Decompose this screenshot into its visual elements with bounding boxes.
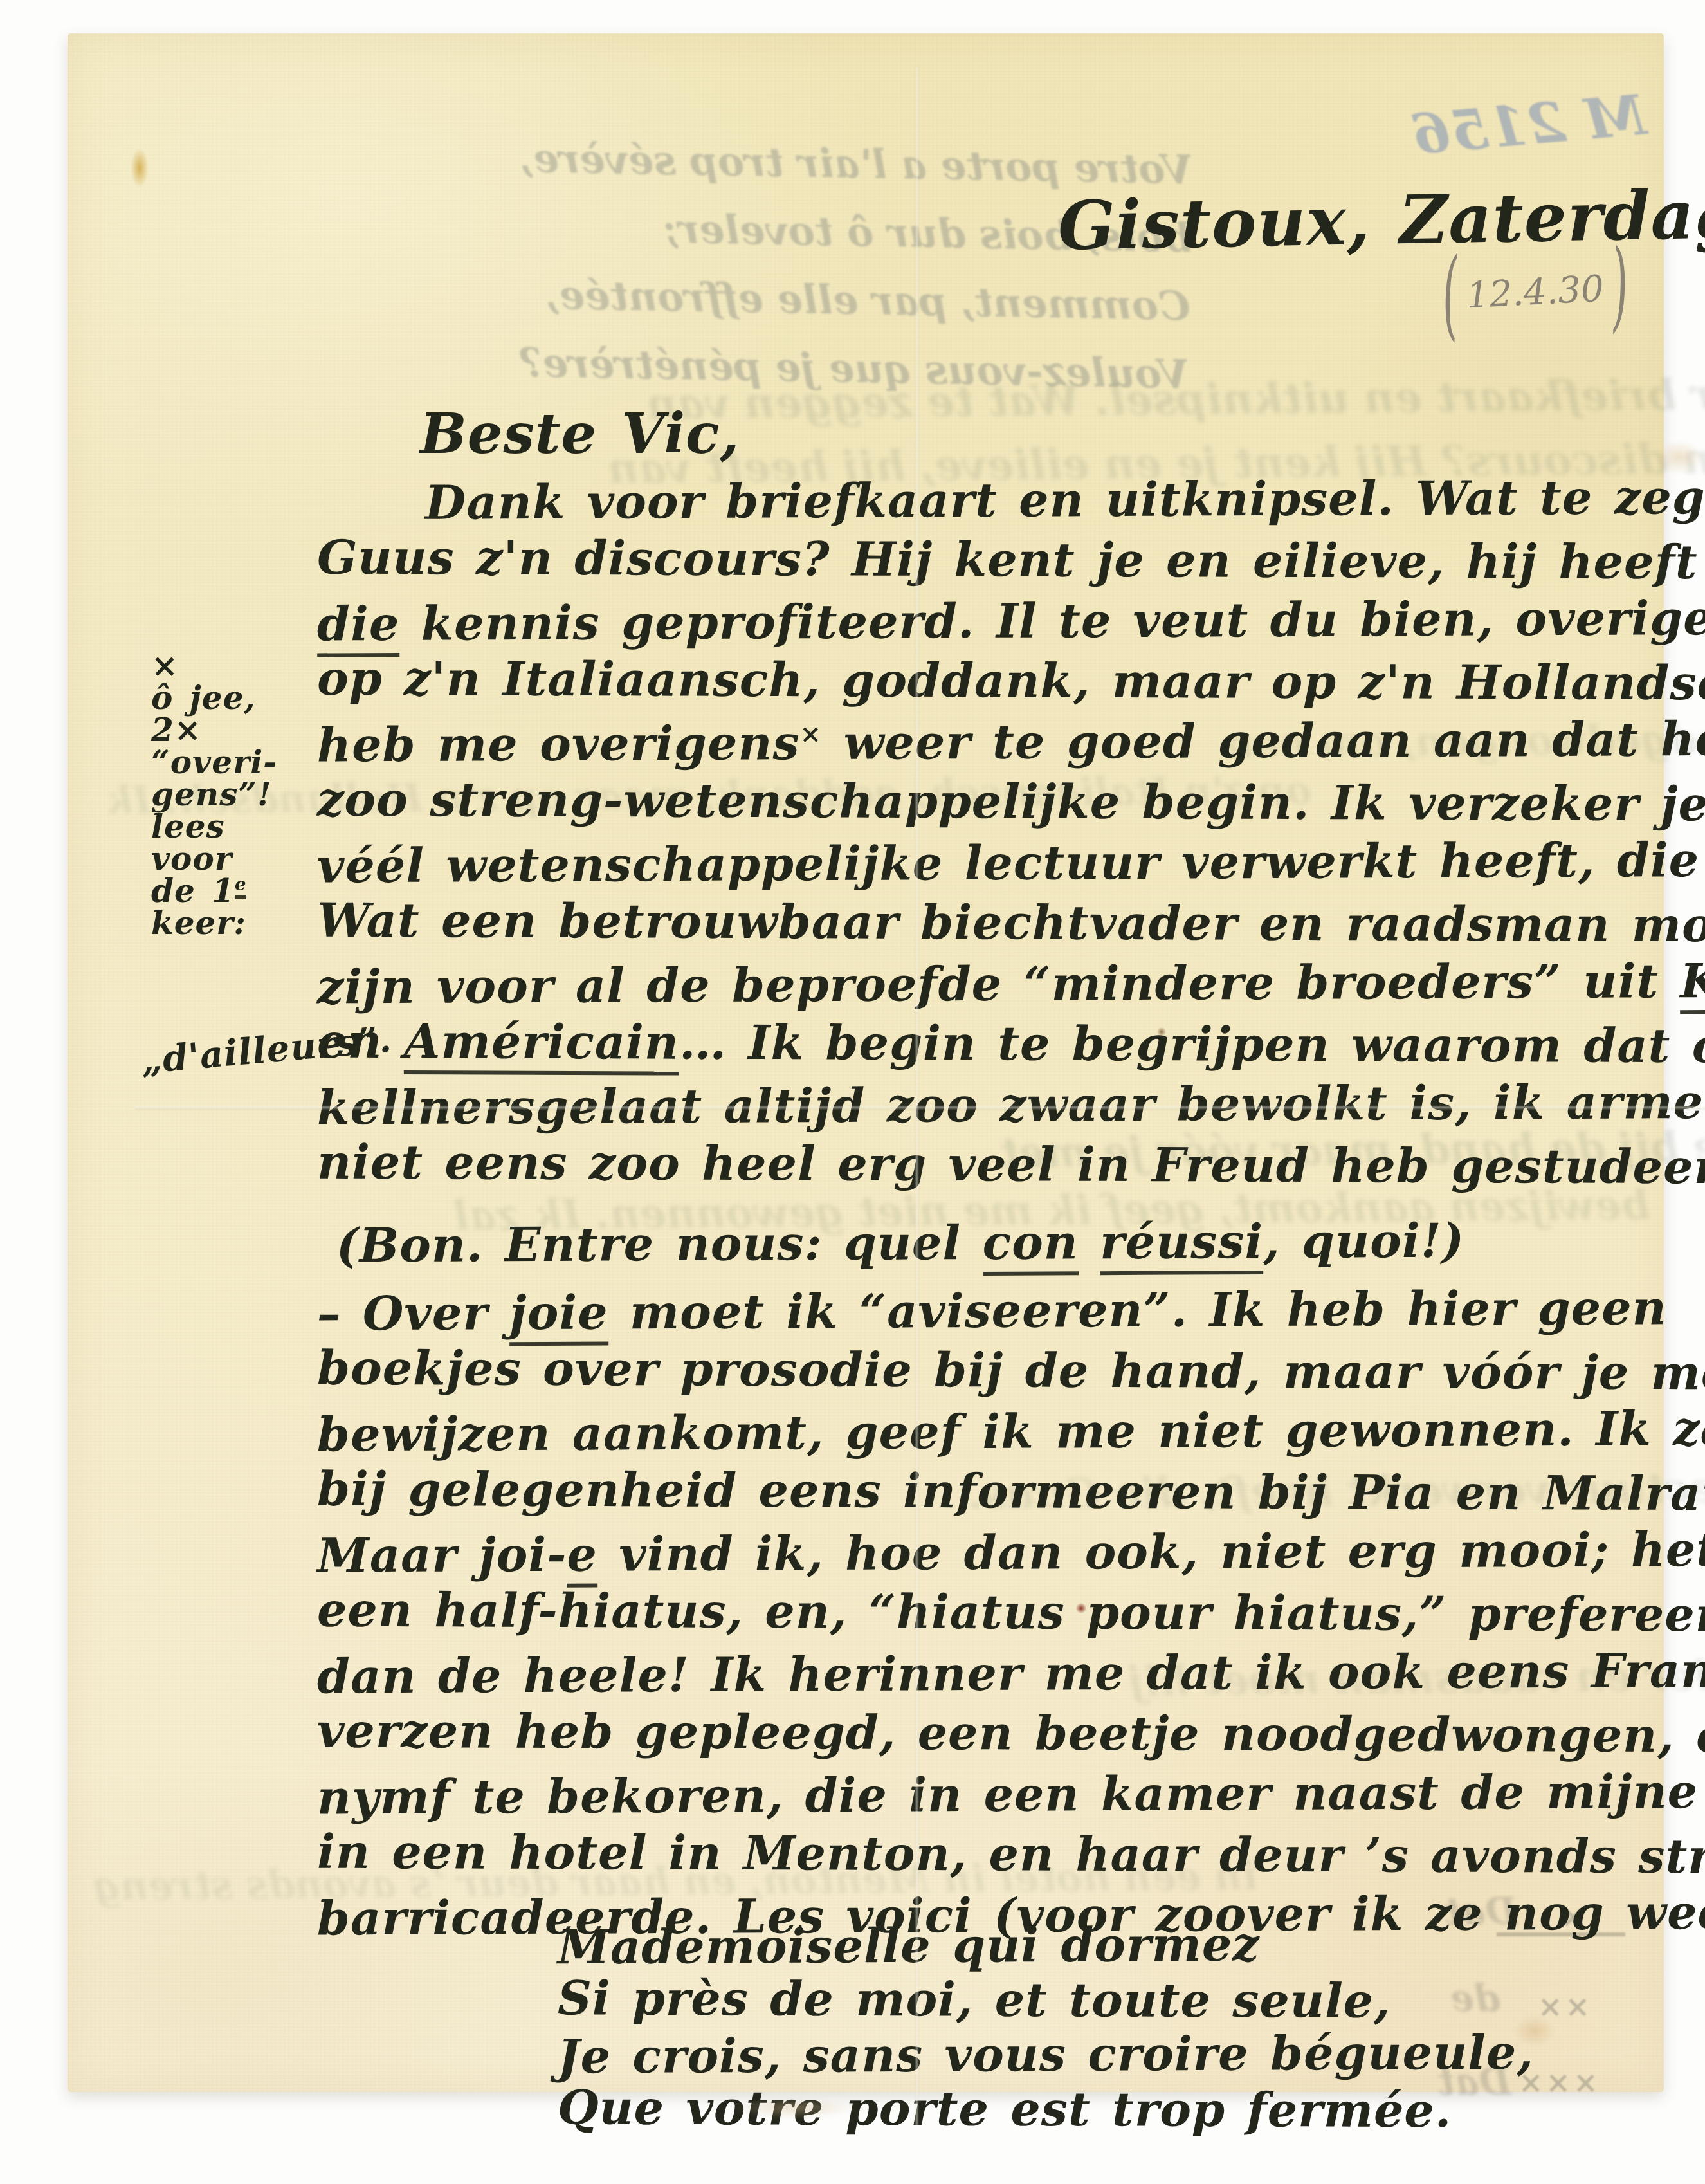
letter-text-segment: véél wetenschappelijke lectuur verwerkt … [317,832,1705,894]
letter-text-segment: vind ik, hoe dan ook, niet erg mooi; het… [597,1521,1705,1582]
letter-text-segment: (Bon. Entre nous: quel [336,1215,983,1273]
letter-line: nymf te bekoren, die in een kamer naast … [317,1761,1705,1828]
letter-line: niet eens zoo heel erg veel in Freud heb… [317,1132,1705,1198]
letter-line: heb me overigens× weer te goed gedaan aa… [317,708,1705,776]
letter-text-segment: heb me overigens [317,715,800,773]
letter-text-segment: Si près de moi, et toute seule, [558,1970,1391,2029]
margin-note-line: 2× [151,714,383,746]
letter-text-segment: réussi [1100,1214,1263,1275]
scanned-letter-page: Votre porte a l'air trop sévère,bois, bo… [0,0,1705,2184]
letter-text-segment: Kring [1680,953,1705,1014]
letter-line: een half-hiatus, en, “hiatus pour hiatus… [317,1580,1705,1646]
margin-note-line: lees [151,811,383,843]
letter-text-segment: Maar joi- [317,1527,567,1584]
verse-line: Que votre porte est trop fermée. [558,2080,1534,2138]
verse-line: Mademoiselle qui dormez [558,1916,1534,1976]
letter-line: (Bon. Entre nous: quel con réussi, quoi!… [317,1209,1705,1276]
bleedthrough-pencil-line: Voulez-vous que je pénétrère? [515,329,1189,408]
letter-text-segment: … Ik begin te begrijpen waarom dat ober- [679,1015,1705,1074]
letter-line: Guus z'n discours? Hij kent je en eiliev… [317,528,1705,594]
letter-text-segment: niet eens zoo heel erg veel in Freud heb… [317,1135,1705,1195]
bleedthrough-pencil-line: Comment, par elle effrontée, [516,261,1190,340]
letter-text-segment: , quoi!) [1263,1213,1464,1269]
margin-note-line: “overi- [151,746,383,778]
letter-text-segment: – Over [317,1285,510,1341]
letter-body: Dank voor briefkaart en uitknipsel. Wat … [317,470,1705,1945]
letter-text-segment: boekjes over prosodie bij de hand, maar … [317,1341,1705,1401]
letter-line: zijn voor al de beproefde “mindere broed… [317,950,1705,1018]
letter-text-segment: in een hotel in Menton, en haar deur ’s … [317,1824,1705,1885]
letter-line: op z'n Italiaansch, goddank, maar op z'n… [317,648,1705,715]
letter-text-segment: Mademoiselle qui dormez [558,1917,1260,1976]
letter-line: Maar joi-e vind ik, hoe dan ook, niet er… [317,1519,1705,1586]
letter-line: véél wetenschappelijke lectuur verwerkt … [317,829,1705,897]
letter-line: Wat een betrouwbaar biechtvader en raads… [317,890,1705,957]
letter-text-segment: kennis geprofiteerd. Il te veut du bien,… [399,590,1705,652]
letter-text-segment: e [235,874,247,899]
letter-text-segment: nymf te bekoren, die in een kamer naast … [317,1763,1705,1825]
verse-line: Je crois, sans vous croire bégueule, [558,2026,1534,2085]
letter-text-segment: bij gelegenheid eens informeeren bij Pia… [317,1462,1705,1522]
letter-text-segment: bewijzen aankomt, geef ik me niet gewonn… [317,1401,1705,1463]
letter-line: – Over joie moet ik “aviseeren”. Ik heb … [317,1277,1705,1344]
pencil-paren-open: ( [1432,237,1470,352]
letter-text-segment: Je crois, sans vous croire bégueule, [558,2025,1534,2085]
letter-line: verzen heb gepleegd, een beetje noodgedw… [317,1701,1705,1767]
letter-line: dan de heele! Ik herinner me dat ik ook … [317,1640,1705,1707]
letter-verse: Mademoiselle qui dormezSi près de moi, e… [558,1918,1534,2137]
pencil-date-value: 12.4.30 [1465,268,1605,317]
fold-crease-vertical [915,67,918,2125]
letter-text-segment: × [799,719,822,749]
letter-paragraph: (Bon. Entre nous: quel con réussi, quoi!… [317,1212,1705,1272]
letter-line: die kennis geprofiteerd. Il te veut du b… [317,587,1705,655]
margin-note-line: voor [151,843,383,875]
letter-text-segment: zijn voor al de beproefde “mindere broed… [317,953,1681,1014]
pencil-date-annotation: (12.4.30) [1433,260,1637,320]
paper-stain [131,148,149,188]
letter-text-segment: dan de heele! Ik herinner me dat ik ook … [317,1642,1705,1704]
letter-text-segment: con [982,1215,1079,1276]
letter-text-segment: kellnersgelaat altijd zoo zwaar bewolkt … [317,1074,1705,1135]
pencil-paren-close: ) [1601,228,1639,343]
margin-note-line: keer: [151,907,383,939]
letter-line: zoo streng-wetenschappelijke begin. Ik v… [317,769,1705,836]
letter-text-segment: Dank voor briefkaart en uitknipsel. Wat … [425,469,1705,531]
letter-line: bij gelegenheid eens informeeren bij Pia… [317,1459,1705,1525]
margin-note: ×ô jee,2×“overi-gens”!leesvoorde 1ekeer:… [151,650,383,1067]
letter-text-segment: weer te goed gedaan aan dat heerlijke, [822,711,1705,771]
bleedthrough-pencil-poem: Votre porte a l'air trop sévère,bois, bo… [515,124,1193,408]
letter-salutation: Beste Vic, [420,401,740,466]
letter-text-segment [1079,1215,1100,1270]
letter-text-segment: Américain [404,1014,679,1075]
letter-paragraph: – Over joie moet ik “aviseeren”. Ik heb … [317,1280,1705,1945]
letter-text-segment: keer: [151,904,246,942]
letter-line: boekjes over prosodie bij de hand, maar … [317,1338,1705,1404]
archive-number-stamp: M 2156 [1409,82,1648,167]
letter-line: en Américain… Ik begin te begrijpen waar… [317,1011,1705,1078]
letter-text-segment: e [567,1527,597,1588]
letter-line: bewijzen aankomt, geef ik me niet gewonn… [317,1398,1705,1465]
letter-line: Dank voor briefkaart en uitknipsel. Wat … [317,466,1705,534]
letter-paper: Votre porte a l'air trop sévère,bois, bo… [68,33,1664,2092]
letter-text-segment: zoo streng-wetenschappelijke begin. Ik v… [317,772,1705,833]
letter-text-segment: verzen heb gepleegd, een beetje noodgedw… [317,1703,1705,1765]
letter-paragraph: Dank voor briefkaart en uitknipsel. Wat … [317,470,1705,1195]
margin-note-line: × [151,650,383,682]
verso-footnote-mark: ×× [1535,1989,1590,2024]
letter-text-segment: Que votre porte est trop fermée. [558,2080,1452,2138]
letter-line: kellnersgelaat altijd zoo zwaar bewolkt … [317,1071,1705,1139]
fold-crease-horizontal [135,1106,1705,1110]
letter-text-segment: Guus z'n discours? Hij kent je en eiliev… [317,530,1705,591]
margin-note-line: gens”! [151,778,383,811]
letter-text-segment: op z'n Italiaansch, goddank, maar op z'n… [317,651,1705,711]
margin-note-line: ô jee, [151,682,383,714]
letter-text-segment: een half-hiatus, en, “hiatus pour hiatus… [317,1583,1705,1643]
bleedthrough-ink-line: Dank voor briefkaart en uitknipsel. Wat … [646,367,1705,428]
letter-text-segment: joie [509,1285,608,1346]
letter-text-segment: moet ik “aviseeren”. Ik heb hier geen [608,1280,1667,1340]
letter-line: in een hotel in Menton, en haar deur ’s … [317,1822,1705,1888]
verse-line: Si près de moi, et toute seule, [558,1971,1534,2029]
margin-note-line: de 1e [151,875,383,907]
letter-text-segment: Wat een betrouwbaar biechtvader en raads… [317,893,1705,953]
